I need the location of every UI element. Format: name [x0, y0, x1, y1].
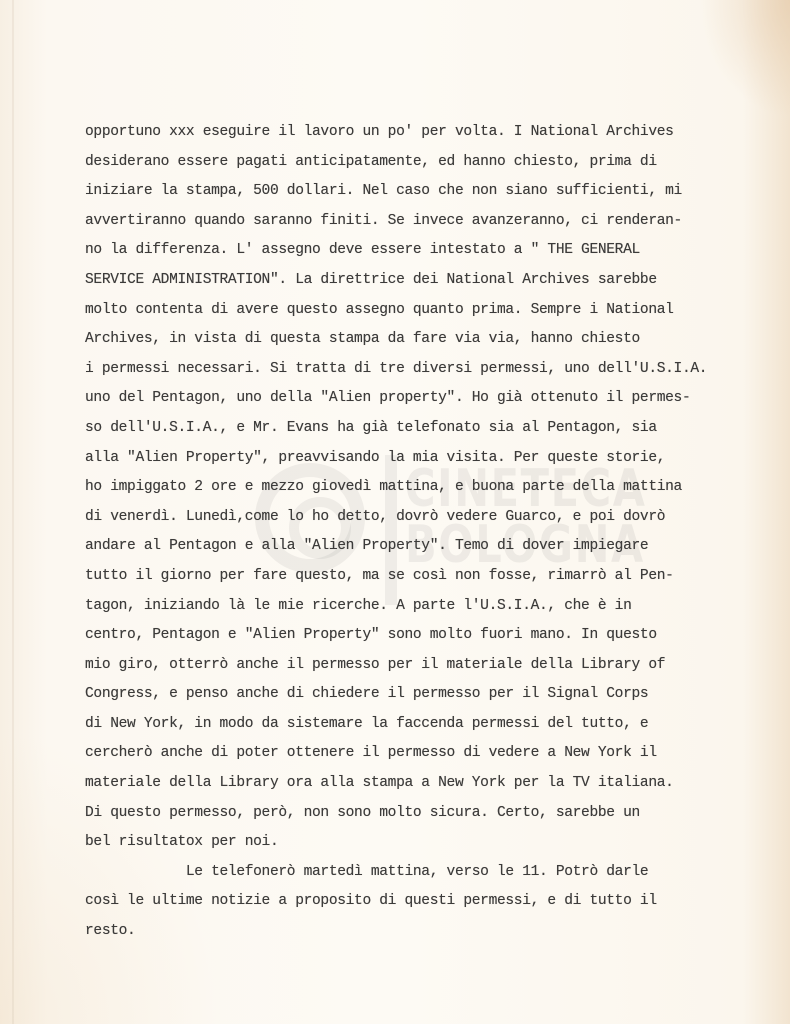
text-line: mio giro, otterrò anche il permesso per …	[85, 651, 775, 681]
text-line: centro, Pentagon e "Alien Property" sono…	[85, 621, 775, 651]
text-line: i permessi necessari. Si tratta di tre d…	[85, 355, 775, 385]
text-line: tutto il giorno per fare questo, ma se c…	[85, 562, 775, 592]
text-line: di venerdì. Lunedì,come lo ho detto, dov…	[85, 503, 775, 533]
text-line: avvertiranno quando saranno finiti. Se i…	[85, 207, 775, 237]
text-line: iniziare la stampa, 500 dollari. Nel cas…	[85, 177, 775, 207]
text-line: molto contenta di avere questo assegno q…	[85, 296, 775, 326]
text-line: opportuno xxx eseguire il lavoro un po' …	[85, 118, 775, 148]
text-line: così le ultime notizie a proposito di qu…	[85, 887, 775, 917]
text-line: so dell'U.S.I.A., e Mr. Evans ha già tel…	[85, 414, 775, 444]
text-line: alla "Alien Property", preavvisando la m…	[85, 444, 775, 474]
text-line: desiderano essere pagati anticipatamente…	[85, 148, 775, 178]
text-line: resto.	[85, 917, 775, 947]
text-line: Le telefonerò martedì mattina, verso le …	[85, 858, 775, 888]
text-line: no la differenza. L' assegno deve essere…	[85, 236, 775, 266]
text-line: bel risultatox per noi.	[85, 828, 775, 858]
text-line: cercherò anche di poter ottenere il perm…	[85, 739, 775, 769]
text-line: ho impiggato 2 ore e mezzo giovedì matti…	[85, 473, 775, 503]
text-line: SERVICE ADMINISTRATION". La direttrice d…	[85, 266, 775, 296]
text-line: Archives, in vista di questa stampa da f…	[85, 325, 775, 355]
paper-crease	[12, 0, 14, 1024]
text-line: uno del Pentagon, uno della "Alien prope…	[85, 384, 775, 414]
text-line: tagon, iniziando là le mie ricerche. A p…	[85, 592, 775, 622]
text-line: Congress, e penso anche di chiedere il p…	[85, 680, 775, 710]
text-line: materiale della Library ora alla stampa …	[85, 769, 775, 799]
text-line: andare al Pentagon e alla "Alien Propert…	[85, 532, 775, 562]
text-line: Di questo permesso, però, non sono molto…	[85, 799, 775, 829]
text-line: di New York, in modo da sistemare la fac…	[85, 710, 775, 740]
typewritten-body: opportuno xxx eseguire il lavoro un po' …	[85, 118, 775, 947]
